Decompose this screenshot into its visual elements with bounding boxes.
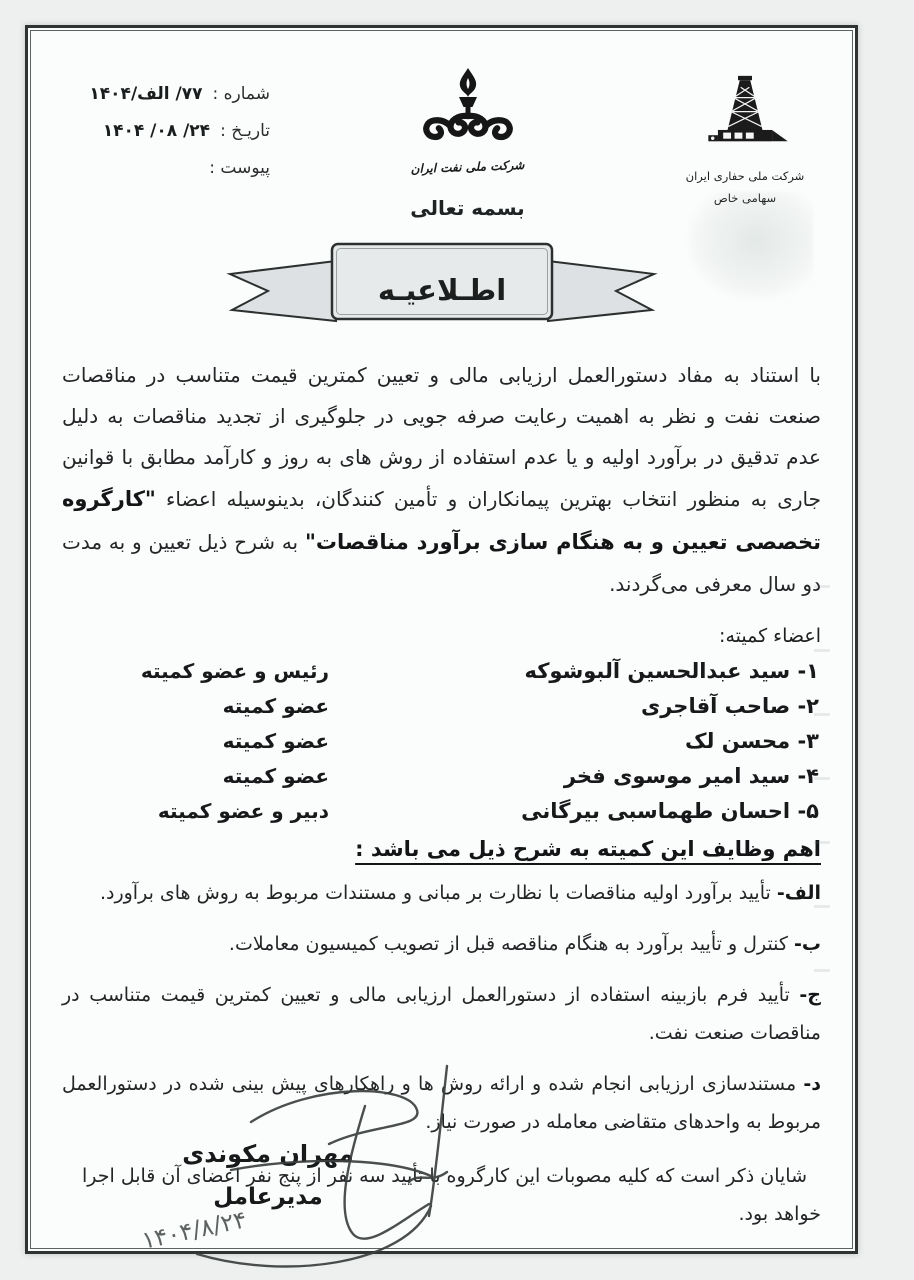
letter-date-value: ۲۴/ ۰۸/ ۱۴۰۴ [103,121,210,141]
duty-text: کنترل و تأیید برآورد به هنگام مناقصه قبل… [229,933,788,955]
committee-members-heading: اعضاء کمیته: [62,625,821,647]
member-role: رئیس و عضو کمیته [124,659,329,683]
document-content: شرکت ملی حفاری ایران سهامی خاص [28,28,855,1251]
letter-attachment-label: پیوست : [209,158,270,178]
letterhead: شرکت ملی حفاری ایران سهامی خاص [58,52,825,220]
nioc-emblem-icon [405,66,531,162]
duty-text: تأیید برآورد اولیه مناقصات با نظارت بر م… [100,882,771,904]
scanned-letter-page: { "meta": { "rows": [ { "label": "شماره … [0,0,914,1280]
bismillah-text: بسمه تعالی [270,196,665,220]
letter-number-row: شماره : ۷۷/ الف/۱۴۰۴ [58,84,270,104]
duty-item: الف- تأیید برآورد اولیه مناقصات با نظارت… [62,874,821,912]
drilling-company-name: شرکت ملی حفاری ایران [665,166,825,188]
announcement-banner: اطـلاعیـه [222,234,662,333]
member-row: ۴- سید امیر موسوی فخر عضو کمیته [58,764,825,788]
letter-number-label: شماره : [213,84,271,104]
member-name: ۳- محسن لک [685,729,819,753]
drilling-company-type: سهامی خاص [665,188,825,210]
member-row: ۵- احسان طهماسبی بیرگانی دبیر و عضو کمیت… [58,799,825,823]
banner-title: اطـلاعیـه [377,273,505,307]
committee-members-list: ۱- سید عبدالحسین آلبوشوکه رئیس و عضو کمی… [58,659,825,823]
ribbon-icon: اطـلاعیـه [222,234,662,329]
letter-attachment-row: پیوست : [58,158,270,178]
letter-number-value: ۷۷/ الف/۱۴۰۴ [89,84,202,104]
letter-date-row: تاریـخ : ۲۴/ ۰۸/ ۱۴۰۴ [58,121,270,141]
signature-scribble-icon [113,1058,473,1268]
signature-block: مهران مکوندی مدیرعامل ۱۴۰۴/۸/۲۴ [113,1058,473,1268]
duty-item: ج- تأیید فرم بازبینه استفاده از دستورالع… [62,976,821,1052]
drilling-rig-icon [697,74,793,158]
duties-heading: اهم وظایف این کمیته به شرح ذیل می باشد : [62,837,821,861]
document-frame: شرکت ملی حفاری ایران سهامی خاص [25,25,858,1254]
body-text-pre: با استناد به مفاد دستورالعمل ارزیابی مال… [62,363,821,511]
letter-date-label: تاریـخ : [220,121,270,141]
member-role: عضو کمیته [124,764,329,788]
member-row: ۳- محسن لک عضو کمیته [58,729,825,753]
duty-item: ب- کنترل و تأیید برآورد به هنگام مناقصه … [62,925,821,963]
duty-prefix: ج- [799,984,821,1006]
duty-prefix: الف- [777,882,821,904]
duty-text: تأیید فرم بازبینه استفاده از دستورالعمل … [62,984,821,1044]
member-name: ۵- احسان طهماسبی بیرگانی [521,799,819,823]
member-role: عضو کمیته [124,694,329,718]
member-name: ۲- صاحب آقاجری [641,694,819,718]
member-row: ۲- صاحب آقاجری عضو کمیته [58,694,825,718]
duty-prefix: د- [803,1073,821,1095]
member-row: ۱- سید عبدالحسین آلبوشوکه رئیس و عضو کمی… [58,659,825,683]
member-role: دبیر و عضو کمیته [124,799,329,823]
duty-prefix: ب- [794,933,821,955]
member-role: عضو کمیته [124,729,329,753]
member-name: ۴- سید امیر موسوی فخر [564,764,819,788]
center-emblem-block: شرکت ملی نفت ایران بسمه تعالی [270,52,665,220]
drilling-company-logo-block: شرکت ملی حفاری ایران سهامی خاص [665,52,825,210]
body-paragraph: با استناد به مفاد دستورالعمل ارزیابی مال… [62,355,821,605]
member-name: ۱- سید عبدالحسین آلبوشوکه [524,659,819,683]
letter-meta: شماره : ۷۷/ الف/۱۴۰۴ تاریـخ : ۲۴/ ۰۸/ ۱۴… [58,52,270,195]
